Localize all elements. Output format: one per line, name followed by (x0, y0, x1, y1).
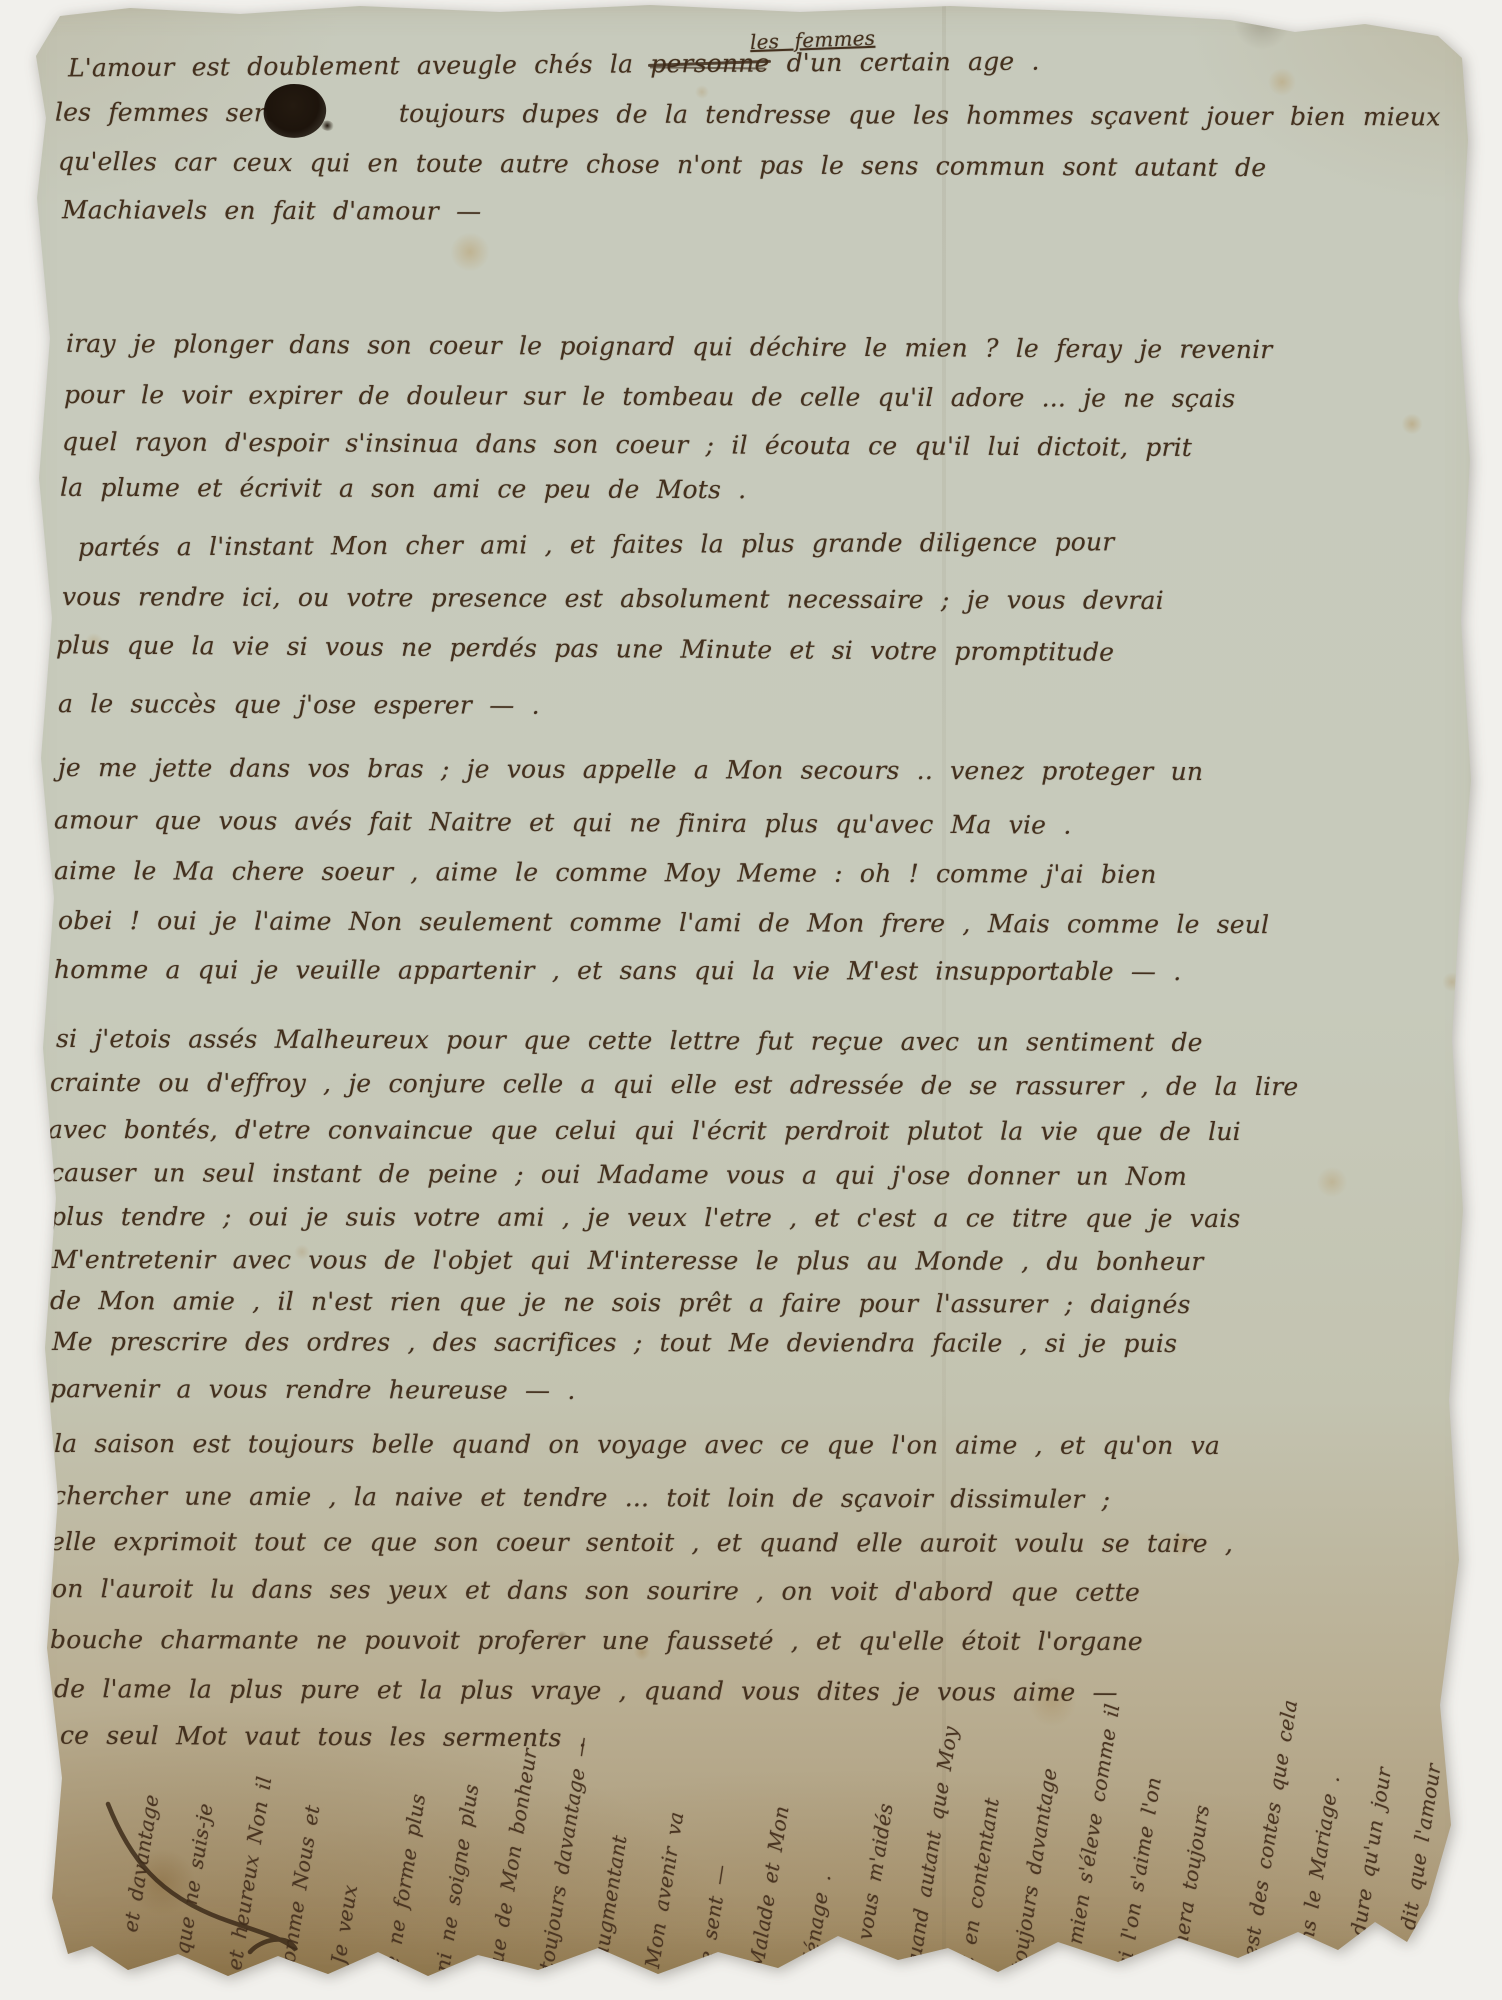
letter-line: M'entretenir avec vous de l'objet qui M'… (52, 1245, 1204, 1276)
letter-line: pour le voir expirer de douleur sur le t… (64, 380, 1235, 413)
letter-line: elle exprimoit tout ce que son coeur sen… (50, 1527, 1233, 1558)
letter-page: L'amour est doublement aveugle chés la p… (0, 0, 1502, 2000)
letter-line: la plume et écrivit a son ami ce peu de … (60, 473, 746, 504)
letter-sheet: L'amour est doublement aveugle chés la p… (0, 0, 1502, 2000)
letter-line: chercher une amie , la naive et tendre .… (52, 1481, 1110, 1514)
letter-line: aime le Ma chere soeur , aime le comme M… (54, 856, 1157, 889)
letter-line: vous rendre ici, ou votre presence est a… (62, 582, 1164, 615)
letter-line: avec bontés, d'etre convaincue que celui… (48, 1115, 1241, 1146)
letter-line: parvenir a vous rendre heureuse — . (50, 1374, 576, 1405)
letter-line: si j'etois assés Malheureux pour que cet… (56, 1024, 1203, 1057)
letter-line: obei ! oui je l'aime Non seulement comme… (58, 906, 1269, 939)
letter-line: la saison est toujours belle quand on vo… (54, 1429, 1220, 1460)
letter-line: on l'auroit lu dans ses yeux et dans son… (52, 1574, 1140, 1607)
letter-line: causer un seul instant de peine ; oui Ma… (50, 1158, 1187, 1191)
letter-line: je me jette dans vos bras ; je vous appe… (58, 753, 1203, 786)
letter-line: homme a qui je veuille appartenir , et s… (54, 955, 1181, 986)
letter-line: Me prescrire des ordres , des sacrifices… (52, 1327, 1177, 1358)
letter-line: Machiavels en fait d'amour — (62, 195, 481, 225)
letter-line: plus tendre ; oui je suis votre ami , je… (50, 1202, 1240, 1233)
letter-line: partés a l'instant Mon cher ami , et fai… (78, 527, 1115, 561)
letter-line: de l'ame la plus pure et la plus vraye ,… (54, 1674, 1118, 1707)
letter-line: ce seul Mot vaut tous les serments . (60, 1721, 587, 1753)
letter-line: crainte ou d'effroy , je conjure celle a… (50, 1068, 1298, 1101)
letter-line: a le succès que j'ose esperer — . (58, 689, 540, 720)
line-segment: L'amour est doublement aveugle chés la (68, 49, 650, 82)
letter-line: de Mon amie , il n'est rien que je ne so… (50, 1286, 1191, 1319)
letter-line: amour que vous avés fait Naitre et qui n… (54, 805, 1072, 839)
letter-line: bouche charmante ne pouvoit proferer une… (50, 1625, 1143, 1656)
interlinear-insertion: les femmes (750, 26, 876, 54)
letter-line: quel rayon d'espoir s'insinua dans son c… (62, 427, 1192, 462)
line-segment: toujours dupes de la tendresse que les h… (399, 99, 1441, 132)
